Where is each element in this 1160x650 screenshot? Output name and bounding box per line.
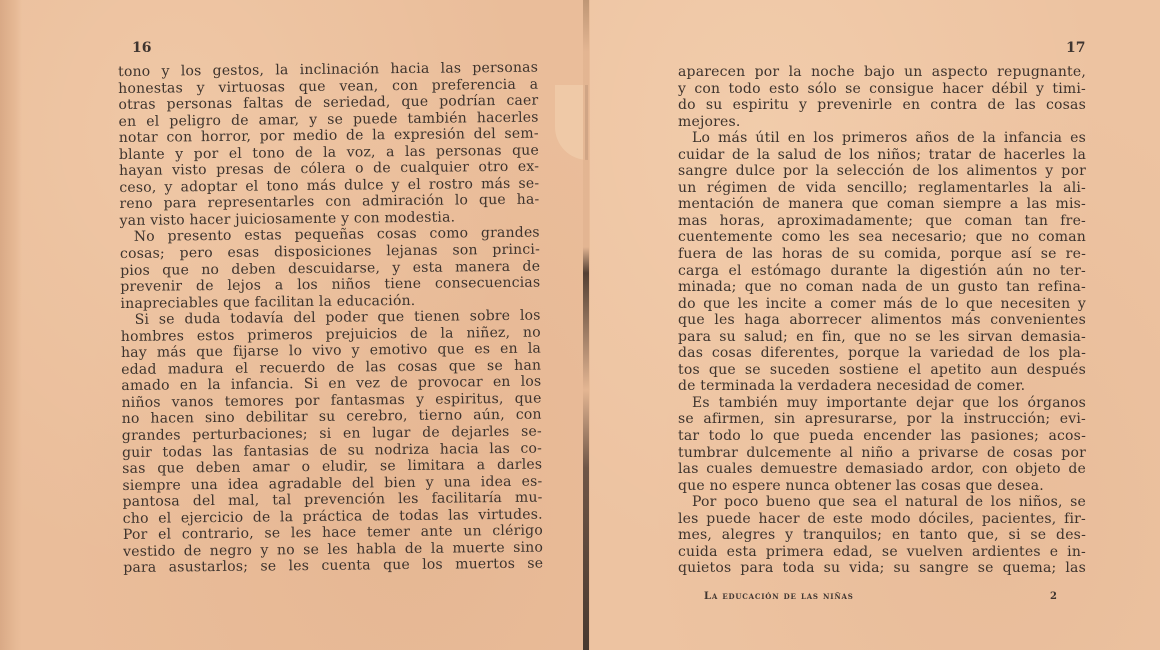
text-line: do que les incite a comer más de lo que …	[678, 296, 1086, 313]
text-line: cuida esta primera edad, se vuelven ardi…	[678, 544, 1086, 561]
text-line: mes, alegres y tranquilos; en tanto que,…	[678, 527, 1086, 544]
right-page-body-text: aparecen por la noche bajo un aspecto re…	[678, 64, 1086, 577]
text-line: tar todo lo que pueda encender las pasio…	[678, 428, 1086, 445]
text-line: un régimen de vida sencillo; reglamentar…	[678, 180, 1086, 197]
text-line: das cosas diferentes, porque la variedad…	[678, 345, 1086, 362]
text-line: de terminada la verdadera necesidad de c…	[678, 378, 1086, 395]
page-edge-shadow	[0, 0, 22, 650]
text-line: que no espere nunca obtener las cosas qu…	[678, 478, 1086, 495]
text-line: Por poco bueno que sea el natural de los…	[678, 494, 1086, 511]
text-line: Lo más útil en los primeros años de la i…	[678, 130, 1086, 147]
text-line: y con todo esto sólo se consigue hacer d…	[678, 81, 1086, 98]
page-number-left: 16	[132, 40, 151, 56]
text-line: para su salud; en fin, que no se les sir…	[678, 329, 1086, 346]
right-page: 17 aparecen por la noche bajo un aspecto…	[590, 0, 1160, 650]
text-line: tos que se suceden sostiene el apetito a…	[678, 362, 1086, 379]
text-line: sangre dulce por la selección de los ali…	[678, 163, 1086, 180]
text-line: carga el estómago durante la digestión a…	[678, 263, 1086, 280]
text-line: las cuales demuestre demasiado ardor, co…	[678, 461, 1086, 478]
text-line: mejores.	[678, 114, 1086, 131]
text-line: se afirmen, sin apresurarse, por la inst…	[678, 411, 1086, 428]
page-number-right: 17	[1066, 40, 1085, 56]
text-line: quietos para toda su vida; su sangre se …	[678, 560, 1086, 577]
text-line: tumbrar dulcemente al niño a privarse de…	[678, 445, 1086, 462]
text-line: aparecen por la noche bajo un aspecto re…	[678, 64, 1086, 81]
text-line: cuidar de la salud de los niños; tratar …	[678, 147, 1086, 164]
running-footer-title: La educación de las niñas	[704, 591, 1036, 602]
text-line: fuera de las horas de su comida, porque …	[678, 246, 1086, 263]
text-line: mentación de manera que coman siempre a …	[678, 196, 1086, 213]
book-spine-gutter	[583, 0, 589, 650]
left-page-body-text: tono y los gestos, la inclinación hacia …	[118, 60, 543, 577]
text-line: Es también muy importante dejar que los …	[678, 395, 1086, 412]
text-line: les puede hacer de este modo dóciles, pa…	[678, 511, 1086, 528]
text-line: que les haga aborrecer alimentos más con…	[678, 312, 1086, 329]
left-page: 16 tono y los gestos, la inclinación hac…	[0, 0, 586, 650]
book-spread: 16 tono y los gestos, la inclinación hac…	[0, 0, 1160, 650]
signature-mark: 2	[1050, 591, 1057, 602]
text-line: cuentemente como les sea necesario; que …	[678, 229, 1086, 246]
text-line: mas horas, aproximadamente; que coman ta…	[678, 213, 1086, 230]
text-line: para asustarlos; se les cuenta que los m…	[123, 556, 543, 577]
text-line: do su espiritu y prevenirle en contra de…	[678, 97, 1086, 114]
text-line: minada; que no coman nada de un gusto ta…	[678, 279, 1086, 296]
